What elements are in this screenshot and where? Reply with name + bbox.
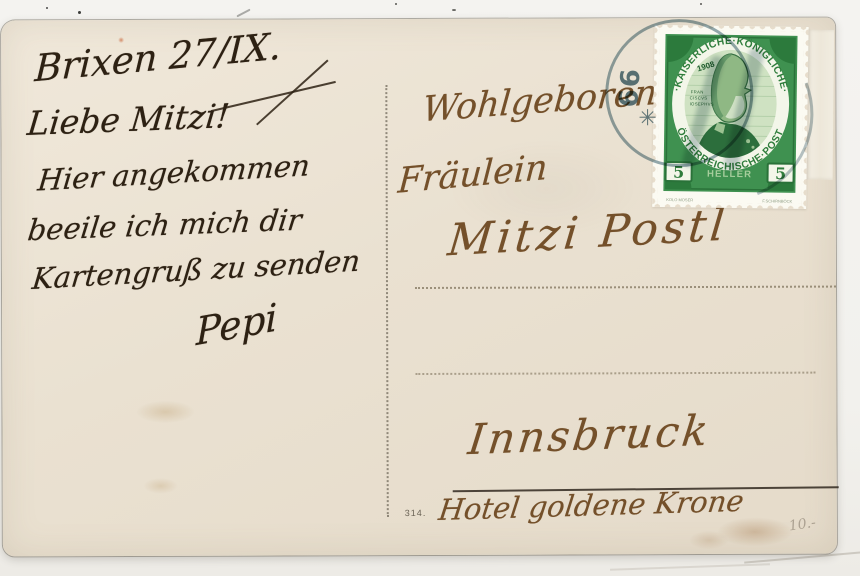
postcard: Brixen 27/IX. Liebe Mitzi! Hier angekomm… [1,18,837,557]
address-hotel: Hotel goldene Krone [437,487,746,525]
dust-speck [46,7,48,9]
address-ruled-line [415,372,815,375]
dust-speck [395,3,397,5]
scratch-mark [236,9,250,18]
message-signature: Pepi [196,298,278,351]
message-line: Kartengruß zu senden [31,247,362,295]
photo-fold-line [610,563,770,571]
message-salutation: Liebe Mitzi! [26,99,231,140]
message-line: beeile ich mich dir [26,206,303,246]
address-title: Fräulein [397,151,549,200]
message-dateline: Brixen 27/IX. [34,28,282,88]
pencil-mark: 10.- [788,515,817,535]
dust-speck [700,3,702,5]
card-divider-line [385,85,389,517]
stamp-designer-imprint: KOLO MOSER [666,197,693,202]
address-name: Mitzi Postl [446,203,731,263]
address-ruled-line [415,286,836,289]
dust-speck [452,9,456,11]
address-city: Innsbruck [466,410,713,462]
print-number: 314. [405,508,427,518]
dust-speck [78,11,81,14]
date-flourish [256,59,328,125]
message-line: Hier angekommen [36,151,311,195]
stamp-engraver-imprint: F.SCHIRNBÖCK [762,198,792,203]
